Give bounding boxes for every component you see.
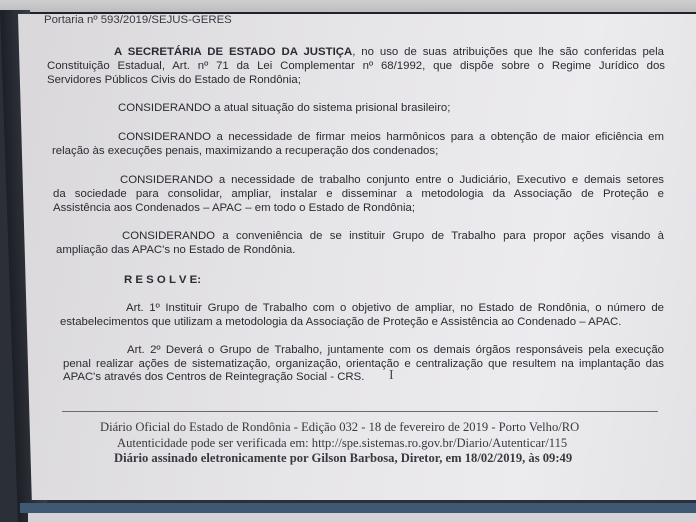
article-2-line-3: APAC's através dos Centros de Reintegraç… — [63, 371, 364, 384]
article-2-line-1: Art. 2º Deverá o Grupo de Trabalho, junt… — [127, 344, 664, 357]
document-body: Portaria nº 593/2019/SEJUS-GERES A SECRE… — [0, 0, 696, 522]
portaria-heading: Portaria nº 593/2019/SEJUS-GERES — [44, 14, 232, 27]
considerando-4-line-2: ampliação das APAC's no Estado de Rondôn… — [56, 244, 295, 257]
preamble-line-1: A SECRETÁRIA DE ESTADO DA JUSTIÇA, no us… — [114, 46, 664, 59]
considerando-4-line-1: CONSIDERANDO a conveniência de se instit… — [122, 230, 664, 243]
considerando-2-line-2: relação às execuções penais, maximizando… — [52, 145, 438, 158]
considerando-3-line-3: Assistência aos Condenados – APAC – em t… — [53, 202, 415, 215]
secretaria-title: A SECRETÁRIA DE ESTADO DA JUSTIÇA — [114, 46, 352, 58]
preamble-line-3: Servidores Públicos Civis do Estado de R… — [47, 74, 301, 87]
preamble-line-2: Constituição Estadual, Art. nº 71 da Lei… — [47, 60, 665, 73]
resolve-label: R E S O L V E: — [124, 274, 201, 287]
considerando-3-line-1: CONSIDERANDO a necessidade de trabalho c… — [120, 174, 664, 187]
footer-signature: Diário assinado eletronicamente por Gils… — [114, 452, 572, 465]
article-1-line-2: estabelecimentos que utilizam a metodolo… — [60, 316, 621, 329]
footer-edition: Diário Oficial do Estado de Rondônia - E… — [100, 421, 579, 434]
article-1-line-1: Art. 1º Instituir Grupo de Trabalho com … — [126, 302, 664, 315]
considerando-1: CONSIDERANDO a atual situação do sistema… — [118, 102, 450, 115]
text-cursor-icon: I — [389, 369, 394, 382]
considerando-2-line-1: CONSIDERANDO a necessidade de firmar mei… — [118, 131, 664, 144]
footer-divider — [62, 411, 658, 412]
article-2-line-2: penal realizar ações de sistematização, … — [63, 358, 664, 371]
footer-authenticity-link[interactable]: Autenticidade pode ser verificada em: ht… — [117, 437, 567, 450]
considerando-3-line-2: da sociedade para consolidar, ampliar, i… — [53, 188, 664, 201]
